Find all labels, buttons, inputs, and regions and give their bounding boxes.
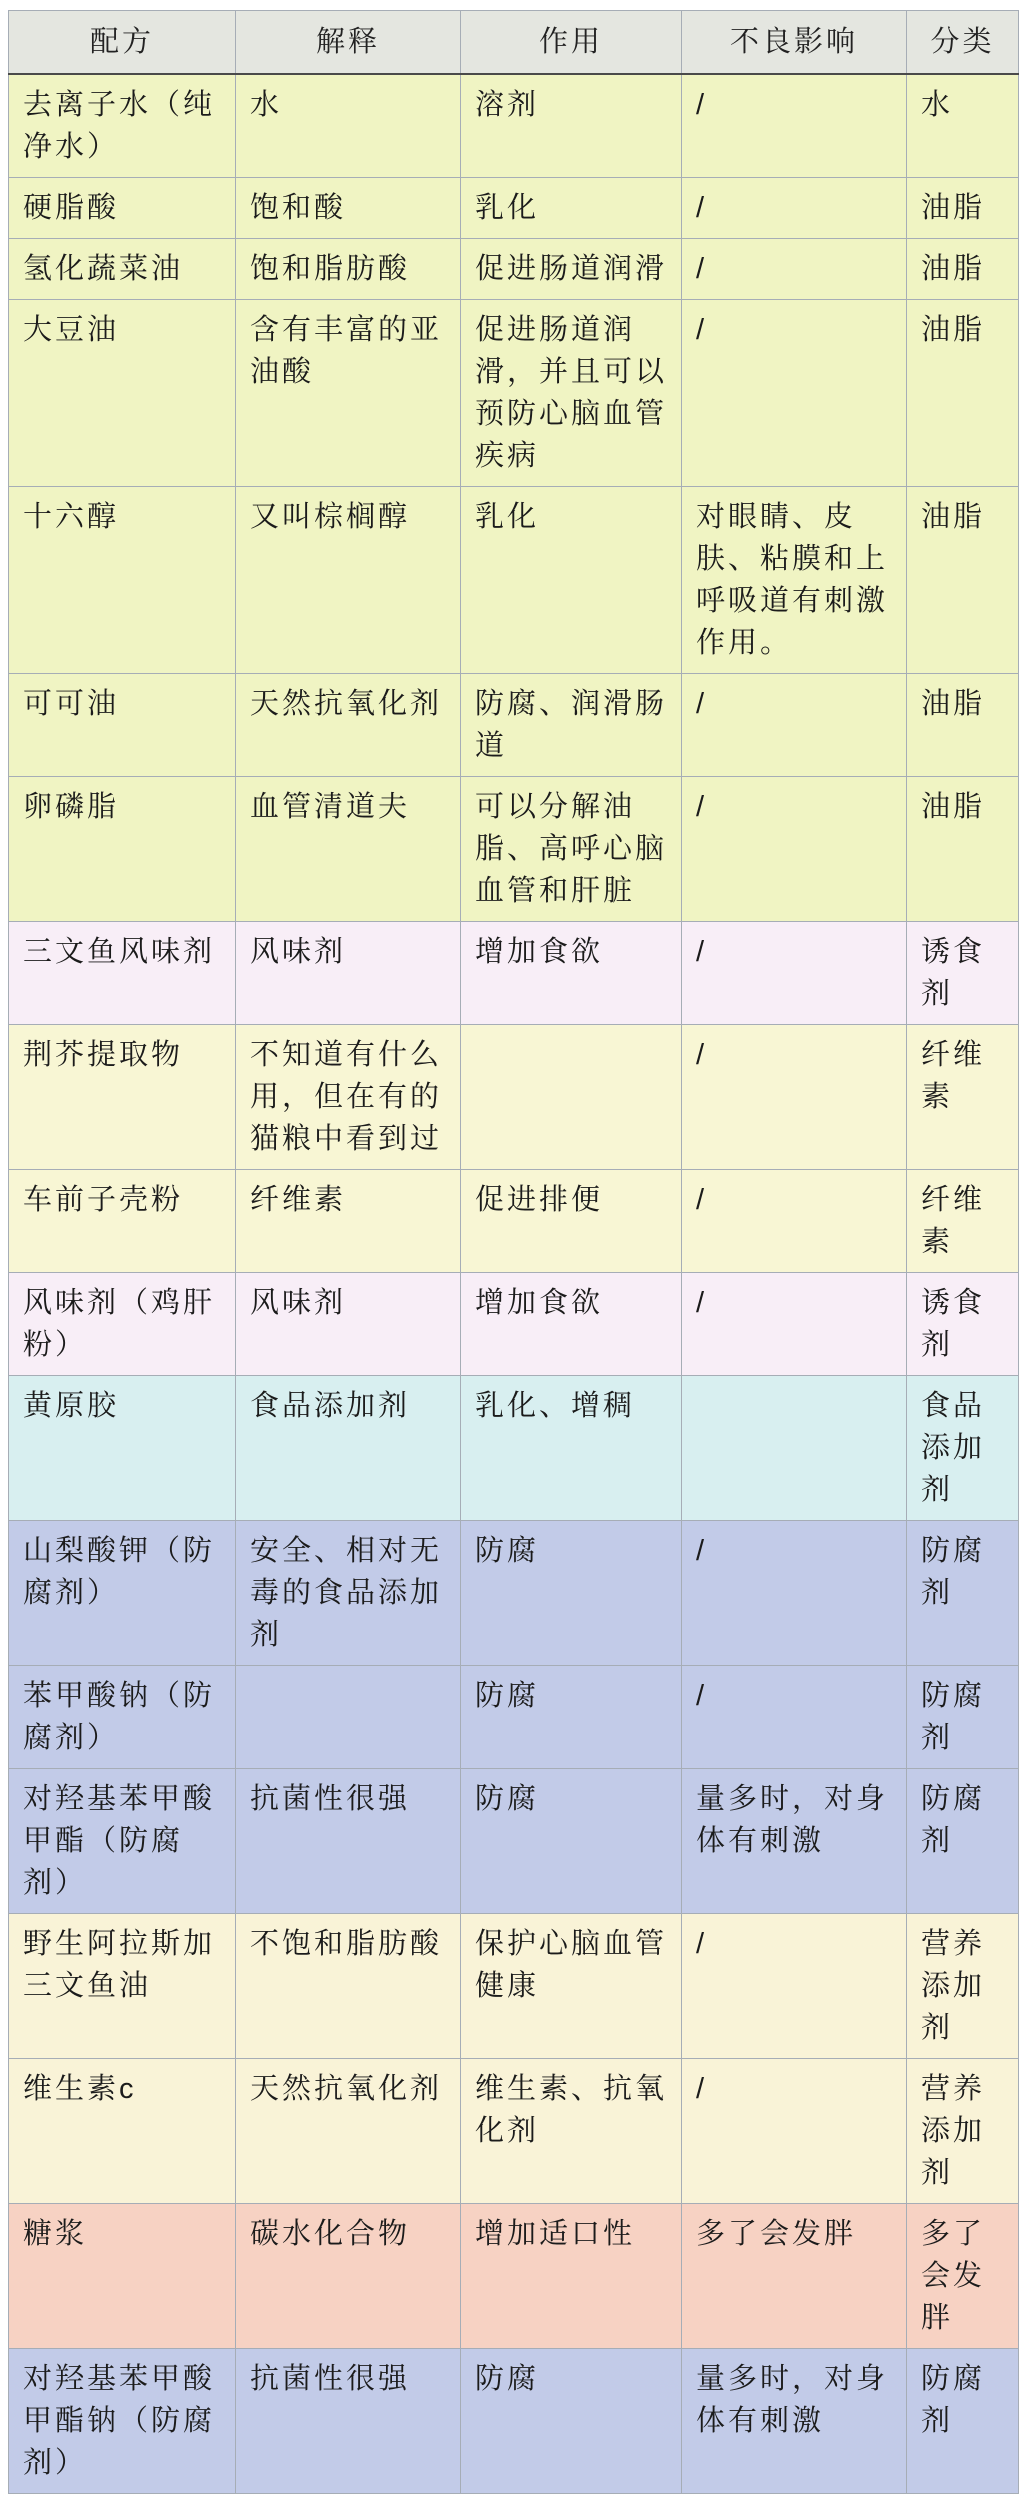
cell-adverse_effect: / <box>682 74 907 178</box>
cell-adverse_effect: 量多时，对身体有刺激 <box>682 1769 907 1914</box>
cell-function: 防腐、润滑肠道 <box>461 674 682 777</box>
table-row: 车前子壳粉纤维素促进排便/纤维素 <box>9 1170 1019 1273</box>
table-row: 三文鱼风味剂风味剂增加食欲/诱食剂 <box>9 922 1019 1025</box>
cell-adverse_effect: / <box>682 1521 907 1666</box>
cell-category: 营养添加剂 <box>907 1914 1019 2059</box>
table-row: 糖浆碳水化合物增加适口性多了会发胖多了会发胖 <box>9 2204 1019 2349</box>
cell-explanation: 风味剂 <box>236 1273 461 1376</box>
cell-explanation: 不知道有什么用，但在有的猫粮中看到过 <box>236 1025 461 1170</box>
cell-formula: 对羟基苯甲酸甲酯钠（防腐剂） <box>9 2349 236 2494</box>
cell-function: 乳化 <box>461 487 682 674</box>
table-row: 苯甲酸钠（防腐剂）防腐/防腐剂 <box>9 1666 1019 1769</box>
cell-formula: 可可油 <box>9 674 236 777</box>
cell-function: 增加食欲 <box>461 922 682 1025</box>
cell-explanation: 天然抗氧化剂 <box>236 674 461 777</box>
cell-formula: 风味剂（鸡肝粉） <box>9 1273 236 1376</box>
column-header-category: 分类 <box>907 11 1019 75</box>
cell-explanation: 血管清道夫 <box>236 777 461 922</box>
table-row: 野生阿拉斯加三文鱼油不饱和脂肪酸保护心脑血管健康/营养添加剂 <box>9 1914 1019 2059</box>
cell-category: 油脂 <box>907 300 1019 487</box>
cell-formula: 大豆油 <box>9 300 236 487</box>
table-row: 对羟基苯甲酸甲酯钠（防腐剂）抗菌性很强防腐量多时，对身体有刺激防腐剂 <box>9 2349 1019 2494</box>
column-header-adverse_effect: 不良影响 <box>682 11 907 75</box>
table-row: 对羟基苯甲酸甲酯（防腐剂）抗菌性很强防腐量多时，对身体有刺激防腐剂 <box>9 1769 1019 1914</box>
table-row: 黄原胶食品添加剂乳化、增稠食品添加剂 <box>9 1376 1019 1521</box>
cell-formula: 氢化蔬菜油 <box>9 239 236 300</box>
cell-adverse_effect: / <box>682 1666 907 1769</box>
table-body: 去离子水（纯净水）水溶剂/水硬脂酸饱和酸乳化/油脂氢化蔬菜油饱和脂肪酸促进肠道润… <box>9 74 1019 2494</box>
cell-adverse_effect: / <box>682 674 907 777</box>
cell-explanation: 天然抗氧化剂 <box>236 2059 461 2204</box>
cell-adverse_effect: / <box>682 922 907 1025</box>
table-row: 十六醇又叫棕榈醇乳化对眼睛、皮肤、粘膜和上呼吸道有刺激作用。油脂 <box>9 487 1019 674</box>
cell-formula: 三文鱼风味剂 <box>9 922 236 1025</box>
cell-formula: 黄原胶 <box>9 1376 236 1521</box>
cell-function: 防腐 <box>461 2349 682 2494</box>
table-row: 去离子水（纯净水）水溶剂/水 <box>9 74 1019 178</box>
cell-adverse_effect: 对眼睛、皮肤、粘膜和上呼吸道有刺激作用。 <box>682 487 907 674</box>
cell-category: 油脂 <box>907 178 1019 239</box>
cell-explanation: 含有丰富的亚油酸 <box>236 300 461 487</box>
cell-function: 增加食欲 <box>461 1273 682 1376</box>
cell-category: 多了会发胖 <box>907 2204 1019 2349</box>
column-header-formula: 配方 <box>9 11 236 75</box>
cell-category: 油脂 <box>907 239 1019 300</box>
cell-function <box>461 1025 682 1170</box>
cell-category: 食品添加剂 <box>907 1376 1019 1521</box>
cell-category: 防腐剂 <box>907 1521 1019 1666</box>
cell-formula: 山梨酸钾（防腐剂） <box>9 1521 236 1666</box>
cell-formula: 维生素c <box>9 2059 236 2204</box>
cell-formula: 荆芥提取物 <box>9 1025 236 1170</box>
cell-category: 油脂 <box>907 487 1019 674</box>
cell-adverse_effect: 量多时，对身体有刺激 <box>682 2349 907 2494</box>
cell-category: 防腐剂 <box>907 2349 1019 2494</box>
cell-function: 溶剂 <box>461 74 682 178</box>
column-header-function: 作用 <box>461 11 682 75</box>
table-row: 可可油天然抗氧化剂防腐、润滑肠道/油脂 <box>9 674 1019 777</box>
ingredient-analysis-page: 配方解释作用不良影响分类 去离子水（纯净水）水溶剂/水硬脂酸饱和酸乳化/油脂氢化… <box>0 0 1026 2508</box>
cell-adverse_effect: / <box>682 239 907 300</box>
cell-function: 乳化、增稠 <box>461 1376 682 1521</box>
header-row: 配方解释作用不良影响分类 <box>9 11 1019 75</box>
table-row: 卵磷脂血管清道夫可以分解油脂、高呼心脑血管和肝脏/油脂 <box>9 777 1019 922</box>
cell-explanation: 风味剂 <box>236 922 461 1025</box>
cell-category: 营养添加剂 <box>907 2059 1019 2204</box>
cell-explanation: 纤维素 <box>236 1170 461 1273</box>
cell-category: 水 <box>907 74 1019 178</box>
cell-function: 促进排便 <box>461 1170 682 1273</box>
cell-function: 增加适口性 <box>461 2204 682 2349</box>
cell-adverse_effect: 多了会发胖 <box>682 2204 907 2349</box>
cell-explanation: 碳水化合物 <box>236 2204 461 2349</box>
column-header-explanation: 解释 <box>236 11 461 75</box>
cell-adverse_effect: / <box>682 300 907 487</box>
cell-explanation: 抗菌性很强 <box>236 1769 461 1914</box>
cell-function: 促进肠道润滑，并且可以预防心脑血管疾病 <box>461 300 682 487</box>
cell-function: 保护心脑血管健康 <box>461 1914 682 2059</box>
cell-adverse_effect: / <box>682 1025 907 1170</box>
cell-function: 可以分解油脂、高呼心脑血管和肝脏 <box>461 777 682 922</box>
cell-formula: 去离子水（纯净水） <box>9 74 236 178</box>
cell-formula: 糖浆 <box>9 2204 236 2349</box>
cell-explanation: 水 <box>236 74 461 178</box>
cell-category: 防腐剂 <box>907 1666 1019 1769</box>
ingredient-table: 配方解释作用不良影响分类 去离子水（纯净水）水溶剂/水硬脂酸饱和酸乳化/油脂氢化… <box>8 10 1019 2494</box>
cell-function: 促进肠道润滑 <box>461 239 682 300</box>
table-row: 氢化蔬菜油饱和脂肪酸促进肠道润滑/油脂 <box>9 239 1019 300</box>
cell-formula: 车前子壳粉 <box>9 1170 236 1273</box>
cell-adverse_effect <box>682 1376 907 1521</box>
cell-category: 诱食剂 <box>907 922 1019 1025</box>
cell-function: 防腐 <box>461 1769 682 1914</box>
table-row: 大豆油含有丰富的亚油酸促进肠道润滑，并且可以预防心脑血管疾病/油脂 <box>9 300 1019 487</box>
cell-formula: 硬脂酸 <box>9 178 236 239</box>
table-header: 配方解释作用不良影响分类 <box>9 11 1019 75</box>
table-row: 维生素c天然抗氧化剂维生素、抗氧化剂/营养添加剂 <box>9 2059 1019 2204</box>
cell-adverse_effect: / <box>682 1273 907 1376</box>
cell-category: 纤维素 <box>907 1025 1019 1170</box>
cell-explanation: 不饱和脂肪酸 <box>236 1914 461 2059</box>
cell-explanation: 安全、相对无毒的食品添加剂 <box>236 1521 461 1666</box>
cell-function: 防腐 <box>461 1666 682 1769</box>
cell-explanation: 又叫棕榈醇 <box>236 487 461 674</box>
cell-explanation: 饱和酸 <box>236 178 461 239</box>
cell-function: 乳化 <box>461 178 682 239</box>
cell-category: 油脂 <box>907 777 1019 922</box>
cell-category: 纤维素 <box>907 1170 1019 1273</box>
cell-function: 防腐 <box>461 1521 682 1666</box>
cell-formula: 卵磷脂 <box>9 777 236 922</box>
cell-formula: 对羟基苯甲酸甲酯（防腐剂） <box>9 1769 236 1914</box>
cell-explanation: 食品添加剂 <box>236 1376 461 1521</box>
cell-explanation: 抗菌性很强 <box>236 2349 461 2494</box>
table-row: 荆芥提取物不知道有什么用，但在有的猫粮中看到过/纤维素 <box>9 1025 1019 1170</box>
cell-adverse_effect: / <box>682 2059 907 2204</box>
cell-category: 防腐剂 <box>907 1769 1019 1914</box>
cell-explanation: 饱和脂肪酸 <box>236 239 461 300</box>
cell-formula: 苯甲酸钠（防腐剂） <box>9 1666 236 1769</box>
cell-formula: 十六醇 <box>9 487 236 674</box>
cell-formula: 野生阿拉斯加三文鱼油 <box>9 1914 236 2059</box>
cell-adverse_effect: / <box>682 777 907 922</box>
cell-function: 维生素、抗氧化剂 <box>461 2059 682 2204</box>
cell-adverse_effect: / <box>682 178 907 239</box>
table-row: 风味剂（鸡肝粉）风味剂增加食欲/诱食剂 <box>9 1273 1019 1376</box>
cell-adverse_effect: / <box>682 1170 907 1273</box>
cell-adverse_effect: / <box>682 1914 907 2059</box>
table-row: 硬脂酸饱和酸乳化/油脂 <box>9 178 1019 239</box>
cell-category: 诱食剂 <box>907 1273 1019 1376</box>
cell-category: 油脂 <box>907 674 1019 777</box>
cell-explanation <box>236 1666 461 1769</box>
table-row: 山梨酸钾（防腐剂）安全、相对无毒的食品添加剂防腐/防腐剂 <box>9 1521 1019 1666</box>
